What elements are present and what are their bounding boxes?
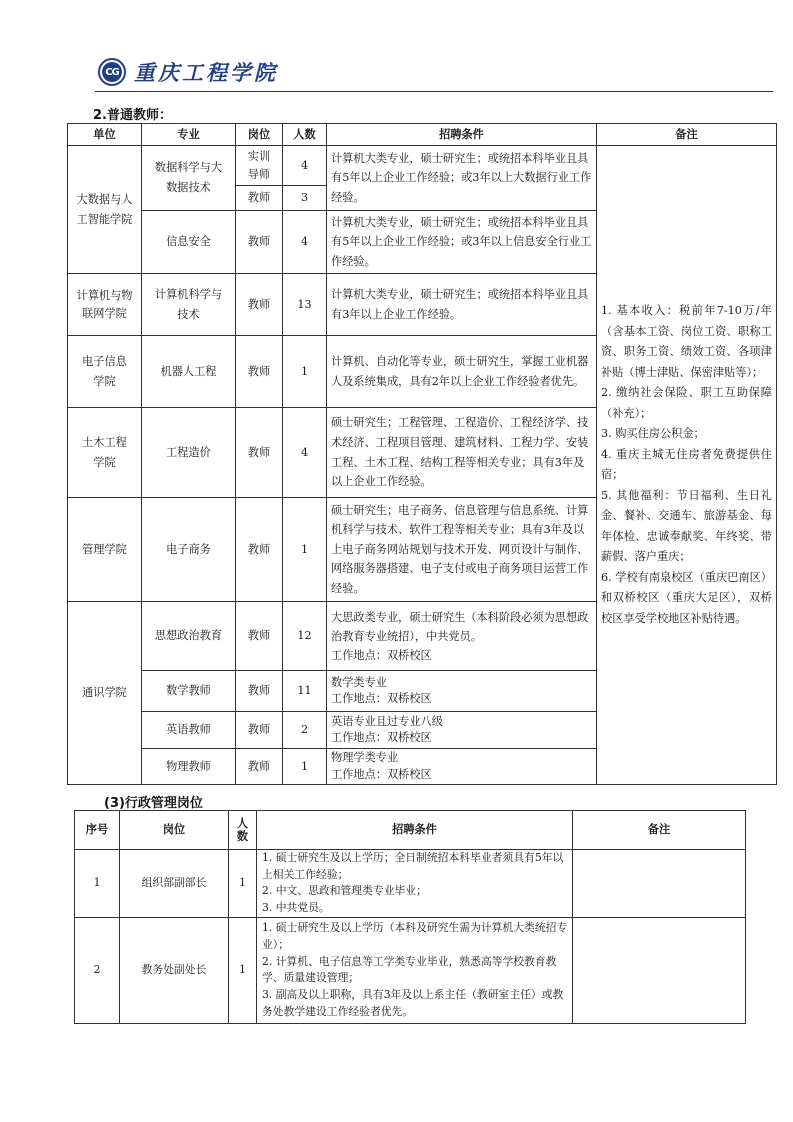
requirements-cell: 大思政类专业，硕士研究生（本科阶段必须为思想政治教育专业统招），中共党员。 工作… (327, 602, 597, 671)
post-cell: 教师 (236, 211, 283, 274)
major-cell: 工程造价 (142, 408, 236, 498)
remark-cell (573, 850, 746, 918)
count-cell: 2 (283, 712, 327, 749)
col-header-unit: 单位 (68, 124, 142, 146)
no-cell: 2 (75, 917, 120, 1023)
requirements-cell: 硕士研究生；工程管理、工程造价、工程经济学、技术经济、工程项目管理、建筑材料、工… (327, 408, 597, 498)
major-cell: 物理教师 (142, 749, 236, 785)
major-cell: 思想政治教育 (142, 602, 236, 671)
unit-cell: 管理学院 (68, 498, 142, 602)
major-cell: 计算机科学与技术 (142, 274, 236, 336)
table-row: 大数据与人工智能学院 数据科学与大数据技术 实训导师 4 计算机大类专业，硕士研… (68, 146, 777, 186)
requirement-line: 1. 硕士研究生及以上学历；全日制统招本科毕业者须具有5年以上相关工作经验； (262, 850, 568, 883)
unit-cell: 通识学院 (68, 602, 142, 785)
requirements-cell: 计算机大类专业，硕士研究生；或统招本科毕业且具有5年以上企业工作经验；或3年以上… (327, 211, 597, 274)
note-item: 2. 缴纳社会保险、职工互助保障（补充）； (601, 383, 772, 424)
requirement-line: 2. 中文、思政和管理类专业毕业； (262, 883, 568, 900)
school-logo-icon: CG (98, 58, 126, 86)
requirement-line: 物理学类专业 (331, 750, 592, 766)
post-cell: 教师 (236, 749, 283, 785)
col-header-no: 序号 (75, 811, 120, 850)
count-cell: 1 (283, 498, 327, 602)
unit-cell: 土木工程学院 (68, 408, 142, 498)
note-item: 5. 其他福利：节日福利、生日礼金、餐补、交通车、旅游基金、每年体检、忠诚奉献奖… (601, 486, 772, 568)
requirement-line: 工作地点：双桥校区 (331, 647, 592, 664)
count-cell: 11 (283, 671, 327, 712)
count-cell: 4 (283, 408, 327, 498)
post-cell: 教师 (236, 712, 283, 749)
post-cell: 教师 (236, 408, 283, 498)
document-header: CG 重庆工程学院 (98, 54, 278, 90)
table-row: 1 组织部副部长 1 1. 硕士研究生及以上学历；全日制统招本科毕业者须具有5年… (75, 850, 746, 918)
count-cell: 12 (283, 602, 327, 671)
table-header-row: 序号 岗位 人数 招聘条件 备注 (75, 811, 746, 850)
major-cell: 机器人工程 (142, 336, 236, 408)
table-header-row: 单位 专业 岗位 人数 招聘条件 备注 (68, 124, 777, 146)
post-cell: 实训导师 (236, 146, 283, 186)
table-row: 2 教务处副处长 1 1. 硕士研究生及以上学历（本科及研究生需为计算机大类统招… (75, 917, 746, 1023)
unit-cell: 电子信息学院 (68, 336, 142, 408)
requirement-line: 大思政类专业，硕士研究生（本科阶段必须为思想政治教育专业统招），中共党员。 (331, 608, 592, 647)
count-cell: 13 (283, 274, 327, 336)
remark-cell (573, 917, 746, 1023)
requirements-cell: 英语专业且过专业八级 工作地点：双桥校区 (327, 712, 597, 749)
section-title-admin: (3)行政管理岗位 (104, 792, 203, 811)
requirement-line: 3. 中共党员。 (262, 900, 568, 917)
post-cell: 教务处副处长 (120, 917, 229, 1023)
col-header-major: 专业 (142, 124, 236, 146)
post-cell: 教师 (236, 498, 283, 602)
count-cell: 1 (229, 917, 257, 1023)
requirements-cell: 计算机大类专业，硕士研究生；或统招本科毕业且具有5年以上企业工作经验；或3年以上… (327, 146, 597, 211)
requirements-cell: 计算机大类专业，硕士研究生；或统招本科毕业且具有3年以上企业工作经验。 (327, 274, 597, 336)
requirements-cell: 计算机、自动化等专业，硕士研究生，掌握工业机器人及系统集成，具有2年以上企业工作… (327, 336, 597, 408)
major-cell: 数据科学与大数据技术 (142, 146, 236, 211)
teachers-table: 单位 专业 岗位 人数 招聘条件 备注 大数据与人工智能学院 数据科学与大数据技… (67, 123, 777, 785)
count-cell: 4 (283, 211, 327, 274)
count-cell: 1 (283, 749, 327, 785)
header-divider (95, 91, 773, 92)
notes-cell: 1. 基本收入：税前年7-10万/年（含基本工资、岗位工资、职称工资、职务工资、… (597, 146, 777, 785)
note-item: 6. 学校有南泉校区（重庆巴南区）和双桥校区（重庆大足区），双桥校区享受学校地区… (601, 568, 772, 630)
school-name: 重庆工程学院 (134, 57, 278, 87)
logo-glyph: CG (102, 62, 122, 82)
count-cell: 4 (283, 146, 327, 186)
col-header-count: 人数 (229, 811, 257, 850)
requirement-line: 3. 副高及以上职称，具有3年及以上系主任（教研室主任）或教务处教学建设工作经验… (262, 987, 568, 1020)
major-cell: 英语教师 (142, 712, 236, 749)
unit-cell: 大数据与人工智能学院 (68, 146, 142, 274)
requirements-cell: 1. 硕士研究生及以上学历（本科及研究生需为计算机大类统招专业）； 2. 计算机… (257, 917, 573, 1023)
requirement-line: 2. 计算机、电子信息等工学类专业毕业，熟悉高等学校教育教学、质量建设管理； (262, 954, 568, 987)
requirements-cell: 1. 硕士研究生及以上学历；全日制统招本科毕业者须具有5年以上相关工作经验； 2… (257, 850, 573, 918)
requirement-line: 工作地点：双桥校区 (331, 691, 592, 707)
requirement-line: 英语专业且过专业八级 (331, 714, 592, 730)
note-item: 4. 重庆主城无住房者免费提供住宿； (601, 445, 772, 486)
requirement-line: 工作地点：双桥校区 (331, 767, 592, 783)
major-cell: 信息安全 (142, 211, 236, 274)
requirements-cell: 数学类专业 工作地点：双桥校区 (327, 671, 597, 712)
requirement-line: 1. 硕士研究生及以上学历（本科及研究生需为计算机大类统招专业）； (262, 920, 568, 953)
requirement-line: 工作地点：双桥校区 (331, 730, 592, 746)
col-header-requirements: 招聘条件 (327, 124, 597, 146)
requirements-cell: 物理学类专业 工作地点：双桥校区 (327, 749, 597, 785)
col-header-post: 岗位 (120, 811, 229, 850)
post-cell: 教师 (236, 336, 283, 408)
section-title-teachers: 2.普通教师： (93, 104, 172, 123)
col-header-requirements: 招聘条件 (257, 811, 573, 850)
major-cell: 数学教师 (142, 671, 236, 712)
requirement-line: 数学类专业 (331, 675, 592, 691)
count-cell: 3 (283, 186, 327, 211)
post-cell: 教师 (236, 602, 283, 671)
major-cell: 电子商务 (142, 498, 236, 602)
post-cell: 教师 (236, 671, 283, 712)
requirements-cell: 硕士研究生；电子商务、信息管理与信息系统、计算机科学与技术、软件工程等相关专业；… (327, 498, 597, 602)
note-item: 1. 基本收入：税前年7-10万/年（含基本工资、岗位工资、职称工资、职务工资、… (601, 301, 772, 383)
unit-cell: 计算机与物联网学院 (68, 274, 142, 336)
note-item: 3. 购买住房公积金； (601, 424, 772, 445)
col-header-count: 人数 (283, 124, 327, 146)
col-header-post: 岗位 (236, 124, 283, 146)
post-cell: 教师 (236, 186, 283, 211)
col-header-notes: 备注 (597, 124, 777, 146)
count-cell: 1 (229, 850, 257, 918)
no-cell: 1 (75, 850, 120, 918)
count-cell: 1 (283, 336, 327, 408)
post-cell: 教师 (236, 274, 283, 336)
post-cell: 组织部副部长 (120, 850, 229, 918)
admin-positions-table: 序号 岗位 人数 招聘条件 备注 1 组织部副部长 1 1. 硕士研究生及以上学… (74, 810, 746, 1024)
col-header-remark: 备注 (573, 811, 746, 850)
